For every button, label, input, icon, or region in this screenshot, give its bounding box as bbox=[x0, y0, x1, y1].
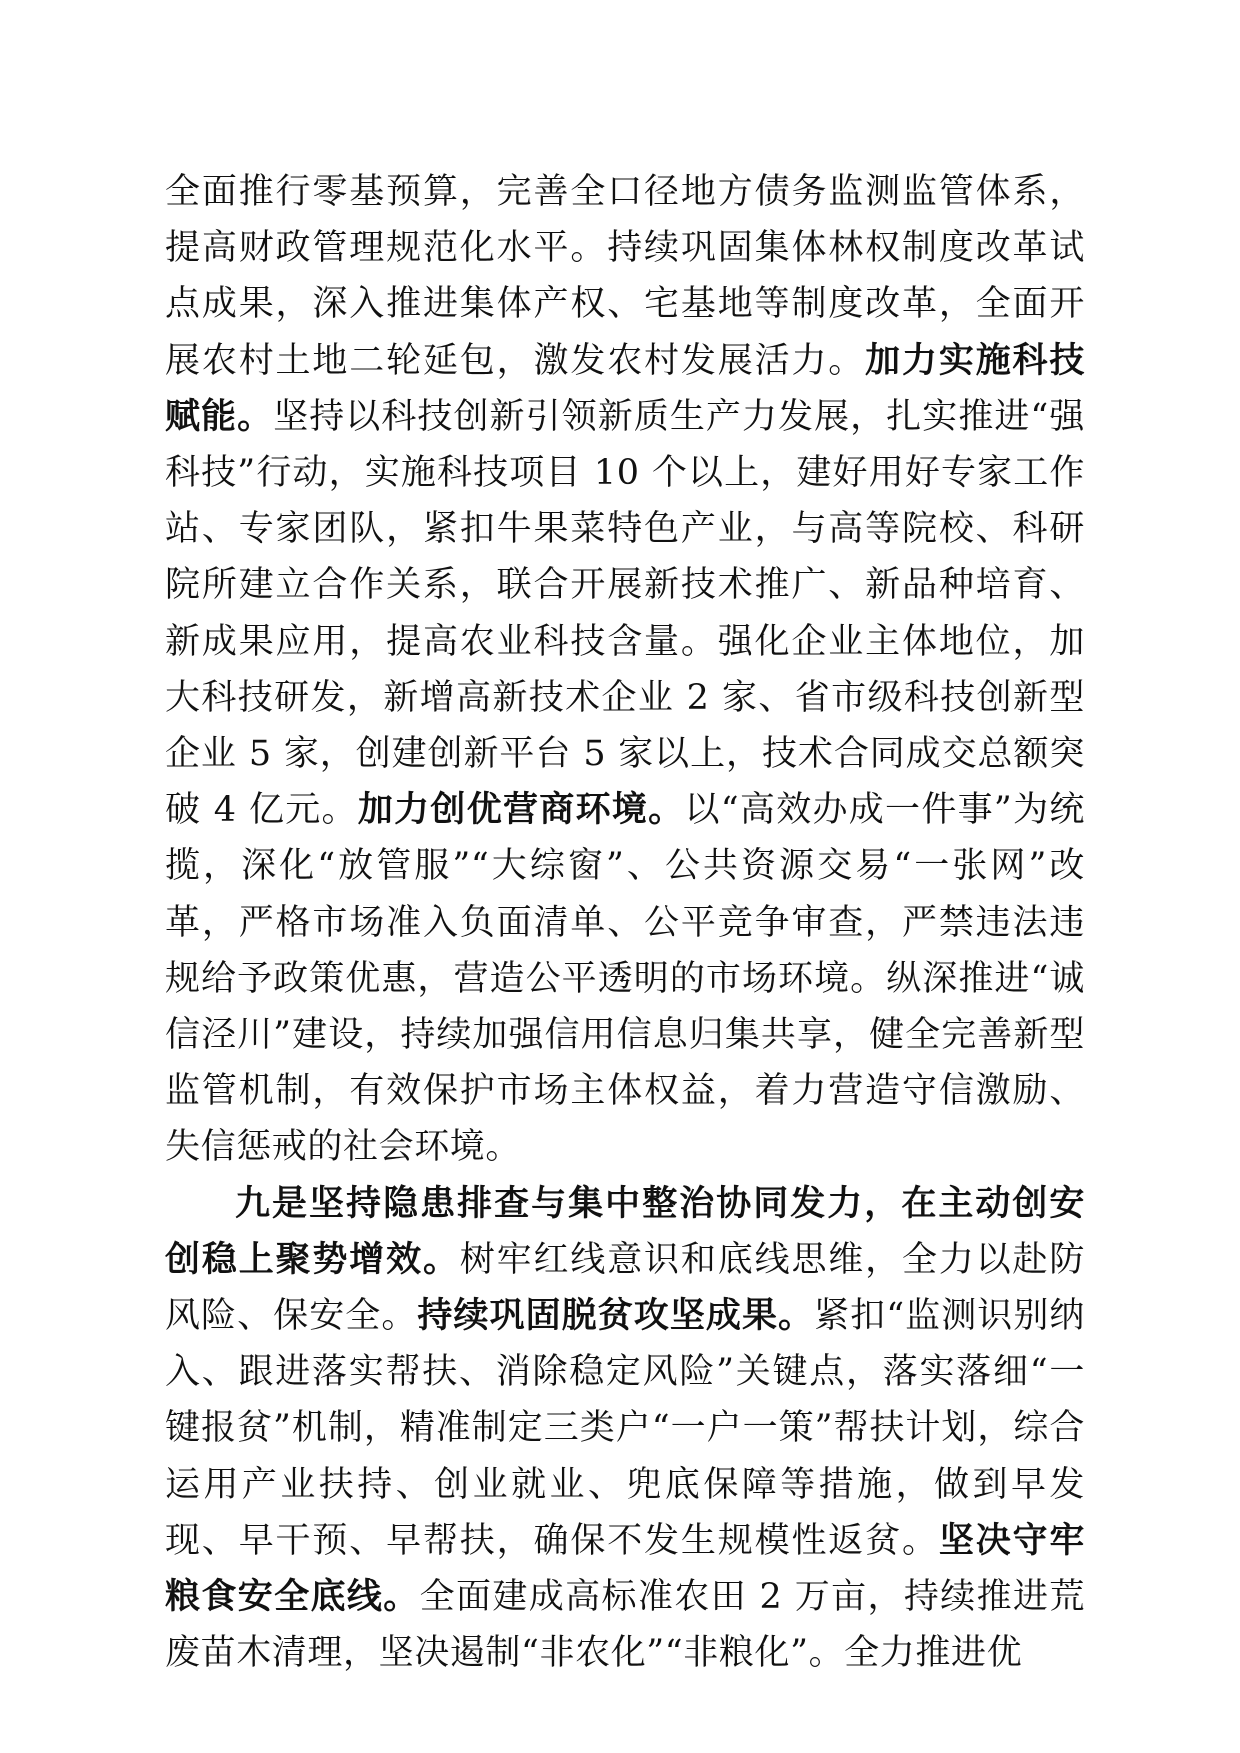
document-page: 全面推行零基预算，完善全口径地方债务监测监管体系，提高财政管理规范化水平。持续巩… bbox=[165, 164, 1085, 1681]
text-run: 坚持以科技创新引领新质生产力发展，扎实推进“强科技”行动，实施科技项目 10 个… bbox=[165, 397, 1085, 830]
paragraph-section-nine: 九是坚持隐患排查与集中整治协同发力，在主动创安创稳上聚势增效。树牢红线意识和底线… bbox=[165, 1176, 1085, 1682]
paragraph-reform-tech-business: 全面推行零基预算，完善全口径地方债务监测监管体系，提高财政管理规范化水平。持续巩… bbox=[165, 164, 1085, 1176]
bold-heading-poverty-results: 持续巩固脱贫攻坚成果。 bbox=[417, 1295, 814, 1336]
text-run: 以“高效办成一件事”为统揽，深化“放管服”“大综窗”、公共资源交易“一张网”改革… bbox=[165, 790, 1085, 1167]
bold-heading-business-environment: 加力创优营商环境。 bbox=[358, 789, 685, 830]
